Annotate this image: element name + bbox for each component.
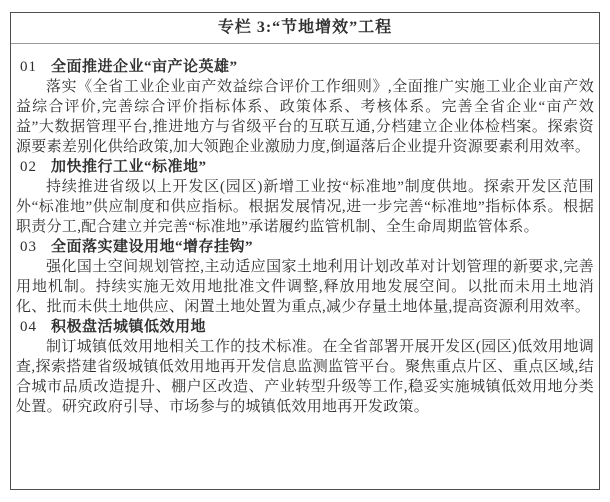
section-03: 03全面落实建设用地“增存挂钩” 强化国土空间规划管控,主动适应国家土地利用计划… bbox=[16, 237, 594, 317]
section-title: 全面推进企业“亩产论英雄” bbox=[51, 59, 238, 75]
section-paragraph: 强化国土空间规划管控,主动适应国家土地利用计划改革对计划管理的新要求,完善用地机… bbox=[16, 257, 594, 317]
section-paragraph: 制订城镇低效用地相关工作的技术标准。在全省部署开展开发区(园区)低效用地调查,探… bbox=[16, 337, 594, 417]
section-heading: 04积极盘活城镇低效用地 bbox=[16, 317, 594, 337]
section-number: 03 bbox=[20, 239, 37, 255]
special-column-panel: 专栏 3:“节地增效”工程 01全面推进企业“亩产论英雄” 落实《全省工业企业亩… bbox=[10, 12, 600, 490]
section-number: 04 bbox=[20, 319, 37, 335]
section-01: 01全面推进企业“亩产论英雄” 落实《全省工业企业亩产效益综合评价工作细则》,全… bbox=[16, 57, 594, 157]
section-heading: 01全面推进企业“亩产论英雄” bbox=[16, 57, 594, 77]
section-heading: 02加快推行工业“标准地” bbox=[16, 157, 594, 177]
section-paragraph: 落实《全省工业企业亩产效益综合评价工作细则》,全面推广实施工业企业亩产效益综合评… bbox=[16, 77, 594, 157]
section-02: 02加快推行工业“标准地” 持续推进省级以上开发区(园区)新增工业按“标准地”制… bbox=[16, 157, 594, 237]
document-page: 专栏 3:“节地增效”工程 01全面推进企业“亩产论英雄” 落实《全省工业企业亩… bbox=[0, 0, 610, 502]
section-title: 积极盘活城镇低效用地 bbox=[51, 319, 206, 335]
panel-title: 专栏 3:“节地增效”工程 bbox=[11, 13, 599, 44]
section-number: 01 bbox=[20, 59, 37, 75]
section-title: 全面落实建设用地“增存挂钩” bbox=[51, 239, 253, 255]
section-title: 加快推行工业“标准地” bbox=[51, 159, 207, 175]
section-heading: 03全面落实建设用地“增存挂钩” bbox=[16, 237, 594, 257]
panel-body: 01全面推进企业“亩产论英雄” 落实《全省工业企业亩产效益综合评价工作细则》,全… bbox=[11, 44, 599, 417]
section-paragraph: 持续推进省级以上开发区(园区)新增工业按“标准地”制度供地。探索开发区范围外“标… bbox=[16, 177, 594, 237]
section-number: 02 bbox=[20, 159, 37, 175]
section-04: 04积极盘活城镇低效用地 制订城镇低效用地相关工作的技术标准。在全省部署开展开发… bbox=[16, 317, 594, 417]
